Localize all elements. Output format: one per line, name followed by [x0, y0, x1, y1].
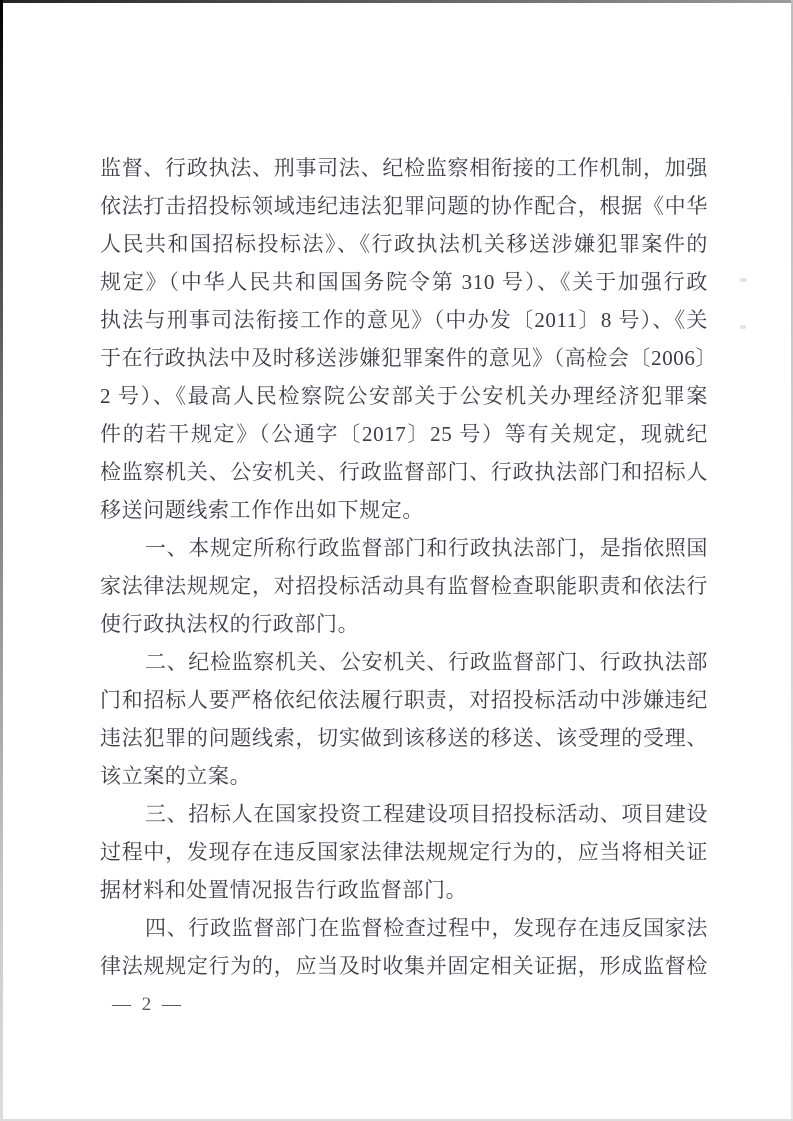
text-line: 移送问题线索工作作出如下规定。	[100, 491, 708, 529]
text-line: 规定》（中华人民共和国国务院令第 310 号）、《关于加强行政	[100, 263, 708, 301]
text-line: 件的若干规定》（公通字〔2017〕25 号）等有关规定，现就纪	[100, 415, 708, 453]
scan-edge-top	[0, 0, 793, 3]
paragraph-item-4: 四、行政监督部门在监督检查过程中，发现存在违反国家法 律法规规定行为的，应当及时…	[100, 909, 708, 985]
text-line: 监督、行政执法、刑事司法、纪检监察相衔接的工作机制，加强	[100, 149, 708, 187]
text-line: 依法打击招投标领域违纪违法犯罪问题的协作配合，根据《中华	[100, 187, 708, 225]
text-line: 检监察机关、公安机关、行政监督部门、行政执法部门和招标人	[100, 453, 708, 491]
text-line: 于在行政执法中及时移送涉嫌犯罪案件的意见》（高检会〔2006〕	[100, 339, 708, 377]
text-line: 家法律法规规定，对招投标活动具有监督检查职能职责和依法行	[100, 567, 708, 605]
page-number: — 2 —	[112, 994, 184, 1015]
scan-smudge	[740, 325, 746, 329]
paragraph-item-2: 二、纪检监察机关、公安机关、行政监督部门、行政执法部 门和招标人要严格依纪依法履…	[100, 643, 708, 795]
text-line: 一、本规定所称行政监督部门和行政执法部门，是指依照国	[100, 529, 708, 567]
text-line: 过程中，发现存在违反国家法律法规规定行为的，应当将相关证	[100, 833, 708, 871]
text-line: 三、招标人在国家投资工程建设项目招投标活动、项目建设	[100, 795, 708, 833]
scan-smudge	[740, 278, 747, 282]
text-line: 四、行政监督部门在监督检查过程中，发现存在违反国家法	[100, 909, 708, 947]
text-line: 二、纪检监察机关、公安机关、行政监督部门、行政执法部	[100, 643, 708, 681]
scanned-document-page: 监督、行政执法、刑事司法、纪检监察相衔接的工作机制，加强 依法打击招投标领域违纪…	[0, 0, 793, 1121]
paragraph-item-3: 三、招标人在国家投资工程建设项目招投标活动、项目建设 过程中，发现存在违反国家法…	[100, 795, 708, 909]
text-line: 违法犯罪的问题线索，切实做到该移送的移送、该受理的受理、	[100, 719, 708, 757]
page-footer: — 2 —	[112, 994, 184, 1016]
text-line: 执法与刑事司法衔接工作的意见》（中办发〔2011〕8 号）、《关	[100, 301, 708, 339]
text-line: 门和招标人要严格依纪依法履行职责，对招投标活动中涉嫌违纪	[100, 681, 708, 719]
document-body: 监督、行政执法、刑事司法、纪检监察相衔接的工作机制，加强 依法打击招投标领域违纪…	[100, 149, 708, 985]
text-line: 人民共和国招标投标法》、《行政执法机关移送涉嫌犯罪案件的	[100, 225, 708, 263]
text-line: 使行政执法权的行政部门。	[100, 605, 708, 643]
scan-edge-left	[0, 0, 3, 1121]
paragraph-continued: 监督、行政执法、刑事司法、纪检监察相衔接的工作机制，加强 依法打击招投标领域违纪…	[100, 149, 708, 529]
text-line: 该立案的立案。	[100, 757, 708, 795]
text-line: 2 号）、《最高人民检察院公安部关于公安机关办理经济犯罪案	[100, 377, 708, 415]
text-line: 律法规规定行为的，应当及时收集并固定相关证据，形成监督检	[100, 947, 708, 985]
text-line: 据材料和处置情况报告行政监督部门。	[100, 871, 708, 909]
paragraph-item-1: 一、本规定所称行政监督部门和行政执法部门，是指依照国 家法律法规规定，对招投标活…	[100, 529, 708, 643]
